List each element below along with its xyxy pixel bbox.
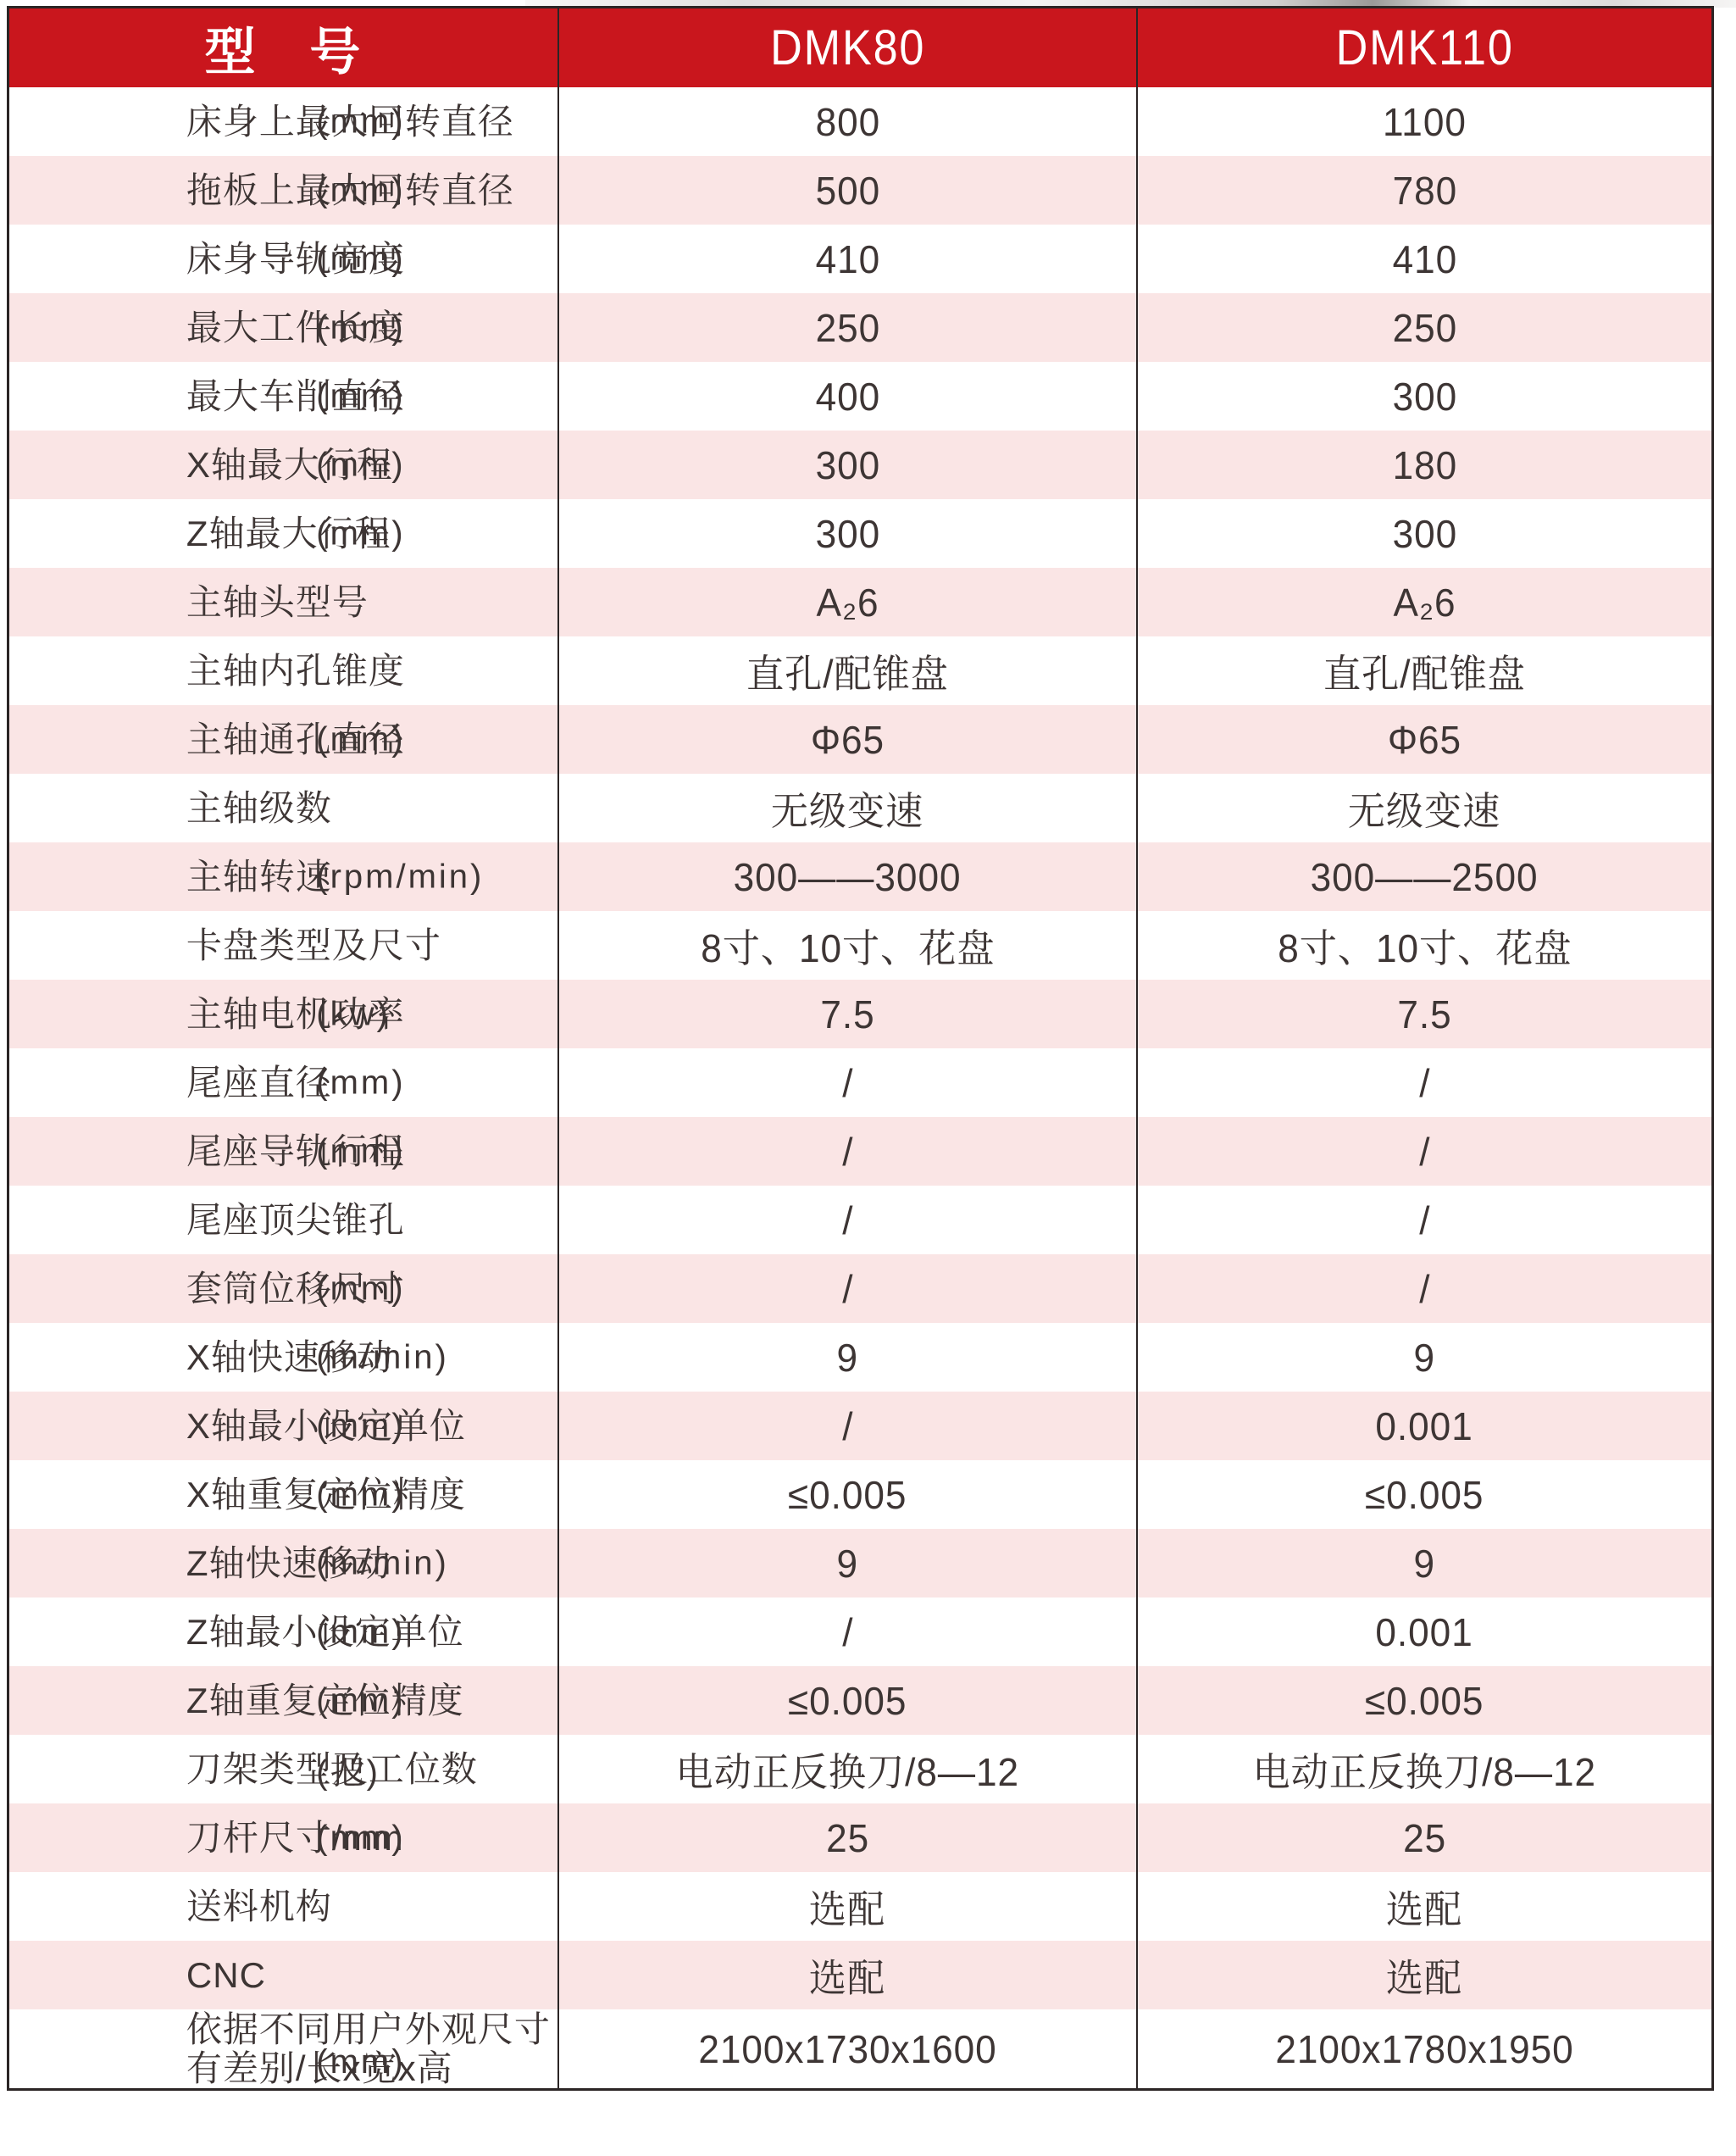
spec-unit: (mm)	[316, 1475, 405, 1514]
spec-unit: (mm)	[316, 1064, 405, 1102]
spec-unit: (mm)	[316, 720, 405, 758]
dmk80-value: 25	[826, 1815, 869, 1861]
spec-label-cell: CNC	[9, 1941, 557, 2009]
dmk80-value-cell: /	[557, 1186, 1136, 1254]
spec-label-cell: Z轴快速移动 (m/min)	[9, 1529, 557, 1598]
spec-label-cell: 床身上最大回转直径 (mm)	[9, 87, 557, 156]
dmk80-value-cell: ≤0.005	[557, 1666, 1136, 1735]
dmk110-value: 电动正反换刀/8—12	[1253, 1742, 1597, 1798]
dmk110-value-cell: 7.5	[1136, 980, 1711, 1048]
spec-unit: (m/min)	[316, 1338, 449, 1376]
dmk110-value-cell: ≤0.005	[1136, 1666, 1711, 1735]
dmk80-value-cell: 9	[557, 1323, 1136, 1392]
dmk110-value-cell: 8寸、10寸、花盘	[1136, 911, 1711, 980]
table-row: Z轴最小设定单位 (mm) / 0.001	[9, 1598, 1711, 1666]
table-row: Z轴快速移动 (m/min) 9 9	[9, 1529, 1711, 1598]
model-column-title: 型 号	[204, 12, 362, 85]
spec-unit: (mm)	[316, 377, 405, 415]
dmk80-value-cell: 25	[557, 1803, 1136, 1872]
dmk80-value: /	[842, 1266, 853, 1312]
spec-label: CNC	[186, 1956, 266, 1994]
spec-label: 主轴头型号	[186, 583, 369, 621]
spec-label: 送料机构	[186, 1887, 332, 1925]
dmk110-value-cell: 2100x1780x1950	[1136, 2009, 1711, 2088]
spec-unit: (把)	[316, 1745, 380, 1793]
dmk80-value: 410	[815, 236, 880, 282]
spec-label-cell: 尾座顶尖锥孔	[9, 1186, 557, 1254]
spec-unit: (mm)	[316, 446, 405, 484]
spec-unit: (mm)	[316, 514, 405, 553]
dmk80-value-cell: /	[557, 1117, 1136, 1186]
dmk110-value: /	[1419, 1129, 1430, 1175]
dmk110-value: 25	[1403, 1815, 1446, 1861]
dmk110-value-cell: 9	[1136, 1529, 1711, 1598]
dmk80-value: 300	[815, 511, 880, 557]
dmk80-value: /	[842, 1609, 853, 1655]
spec-label-cell: 尾座导轨行程 (mm)	[9, 1117, 557, 1186]
table-row: 卡盘类型及尺寸 8寸、10寸、花盘 8寸、10寸、花盘	[9, 911, 1711, 980]
dmk110-value: 250	[1392, 305, 1457, 351]
dmk80-value: 9	[837, 1335, 859, 1381]
spec-label-cell: 主轴头型号	[9, 568, 557, 636]
dmk110-value-cell: /	[1136, 1117, 1711, 1186]
spec-sheet-page: 型 号 DMK80 DMK110 床身上最大回转直径 (mm) 800 1100…	[0, 0, 1736, 2156]
dmk80-value: 500	[815, 168, 880, 214]
dmk110-value: 300	[1392, 511, 1457, 557]
spec-label-cell: 套筒位移尺寸 (mm)	[9, 1254, 557, 1323]
dmk110-value-cell: 无级变速	[1136, 774, 1711, 842]
spec-label-cell: 刀架类型及工位数 (把)	[9, 1735, 557, 1803]
dmk110-value: 180	[1392, 442, 1457, 488]
table-row: X轴最小设定单位 (mm) / 0.001	[9, 1392, 1711, 1460]
table-row: 主轴通孔直径 (mm) Φ65 Φ65	[9, 705, 1711, 774]
dmk80-value: 250	[815, 305, 880, 351]
dmk110-value-cell: /	[1136, 1186, 1711, 1254]
dmk110-value: ≤0.005	[1365, 1472, 1484, 1518]
dmk80-value-cell: 300	[557, 431, 1136, 499]
dmk110-value-cell: ≤0.005	[1136, 1460, 1711, 1529]
dmk80-value: ≤0.005	[788, 1678, 907, 1724]
dmk110-value-cell: 410	[1136, 225, 1711, 293]
spec-label-cell: X轴重复定位精度 (mm)	[9, 1460, 557, 1529]
spec-unit: (mm)	[316, 308, 405, 347]
spec-label-cell: 最大工件长度 (mm)	[9, 293, 557, 362]
dmk110-value: A₂6	[1393, 580, 1456, 625]
spec-unit: (m/min)	[316, 1544, 449, 1582]
spec-label-cell: 床身导轨宽度 (mm)	[9, 225, 557, 293]
spec-label-cell: 拖板上最大回转直径 (mm)	[9, 156, 557, 225]
table-row: X轴重复定位精度 (mm) ≤0.005 ≤0.005	[9, 1460, 1711, 1529]
dmk110-column-title: DMK110	[1335, 19, 1513, 76]
dmk80-value-cell: 800	[557, 87, 1136, 156]
dmk110-value-cell: 0.001	[1136, 1598, 1711, 1666]
spec-label: 尾座顶尖锥孔	[186, 1201, 405, 1239]
table-row: 主轴转速 (rpm/min) 300——3000 300——2500	[9, 842, 1711, 911]
dmk80-value-cell: /	[557, 1048, 1136, 1117]
dmk110-value-cell: Φ65	[1136, 705, 1711, 774]
spec-label-cell: 主轴电机功率 (kw)	[9, 980, 557, 1048]
table-row: Z轴重复定位精度 (mm) ≤0.005 ≤0.005	[9, 1666, 1711, 1735]
dmk80-value-cell: 7.5	[557, 980, 1136, 1048]
table-row: 床身导轨宽度 (mm) 410 410	[9, 225, 1711, 293]
dmk80-value: 300	[815, 442, 880, 488]
dmk80-value-cell: 250	[557, 293, 1136, 362]
dmk110-value: 300	[1392, 374, 1457, 420]
spec-unit: (mm)	[316, 1613, 405, 1651]
spec-unit: (mm)	[316, 240, 405, 278]
dmk110-value-cell: 780	[1136, 156, 1711, 225]
spec-unit: (rpm/min)	[316, 858, 484, 896]
dmk80-value: ≤0.005	[788, 1472, 907, 1518]
dmk80-value: 直孔/配锥盘	[746, 643, 949, 699]
spec-unit: (mm)	[316, 1819, 405, 1857]
spec-label-cell: 送料机构	[9, 1872, 557, 1941]
spec-label-cell: 依据不同用户外观尺寸 有差别/长x宽x高 (mm)	[9, 2009, 557, 2088]
dmk110-value-cell: 0.001	[1136, 1392, 1711, 1460]
dmk110-value: 7.5	[1397, 992, 1451, 1037]
dmk80-value: /	[842, 1197, 853, 1243]
dmk110-value-cell: 25	[1136, 1803, 1711, 1872]
spec-label: 卡盘类型及尺寸	[186, 926, 441, 964]
table-row: 主轴级数 无级变速 无级变速	[9, 774, 1711, 842]
spec-unit: (mm)	[316, 2043, 405, 2081]
table-row: 刀杆尺寸/mm (mm) 25 25	[9, 1803, 1711, 1872]
dmk110-value: /	[1419, 1060, 1430, 1106]
spec-label-cell: Z轴重复定位精度 (mm)	[9, 1666, 557, 1735]
spec-unit: (mm)	[316, 1270, 405, 1308]
dmk110-value-cell: 300	[1136, 362, 1711, 431]
spec-unit: (mm)	[316, 1681, 405, 1720]
table-header-row: 型 号 DMK80 DMK110	[9, 8, 1711, 87]
dmk80-value-cell: /	[557, 1598, 1136, 1666]
spec-label-cell: Z轴最小设定单位 (mm)	[9, 1598, 557, 1666]
table-row: X轴快速移动 (m/min) 9 9	[9, 1323, 1711, 1392]
dmk110-value-cell: 300	[1136, 499, 1711, 568]
dmk80-value-cell: 300	[557, 499, 1136, 568]
dmk80-value-cell: Φ65	[557, 705, 1136, 774]
header-cell-model: 型 号	[9, 8, 557, 87]
dmk80-value: 800	[815, 99, 880, 145]
dmk80-value: 选配	[809, 1879, 885, 1935]
dmk80-value-cell: 无级变速	[557, 774, 1136, 842]
dmk110-value-cell: 电动正反换刀/8—12	[1136, 1735, 1711, 1803]
dmk80-value-cell: 300——3000	[557, 842, 1136, 911]
table-row: Z轴最大行程 (mm) 300 300	[9, 499, 1711, 568]
dmk110-value: 选配	[1386, 1879, 1462, 1935]
dmk80-value-cell: /	[557, 1392, 1136, 1460]
dmk80-value-cell: 2100x1730x1600	[557, 2009, 1136, 2088]
dmk80-value: 400	[815, 374, 880, 420]
spec-unit: (mm)	[316, 103, 405, 141]
spec-label-cell: X轴快速移动 (m/min)	[9, 1323, 557, 1392]
spec-label: 主轴级数	[186, 789, 332, 827]
dmk80-column-title: DMK80	[770, 19, 925, 76]
dmk80-value: /	[842, 1403, 853, 1449]
spec-label-cell: X轴最大行程 (mm)	[9, 431, 557, 499]
dmk110-value-cell: 直孔/配锥盘	[1136, 636, 1711, 705]
dmk80-value: A₂6	[816, 580, 879, 625]
dmk110-value: ≤0.005	[1365, 1678, 1484, 1724]
dmk110-value-cell: 250	[1136, 293, 1711, 362]
spec-label-cell: X轴最小设定单位 (mm)	[9, 1392, 557, 1460]
header-cell-dmk80: DMK80	[557, 8, 1136, 87]
spec-unit: (mm)	[316, 1407, 405, 1445]
dmk110-value-cell: /	[1136, 1254, 1711, 1323]
spec-label-cell: Z轴最大行程 (mm)	[9, 499, 557, 568]
dmk110-value: 无级变速	[1348, 781, 1500, 836]
dmk80-value: /	[842, 1129, 853, 1175]
dmk80-value: 300——3000	[734, 854, 962, 900]
dmk80-value-cell: 400	[557, 362, 1136, 431]
dmk80-value: 2100x1730x1600	[698, 2026, 996, 2072]
spec-label-cell: 主轴转速 (rpm/min)	[9, 842, 557, 911]
dmk80-value-cell: 选配	[557, 1941, 1136, 2009]
dmk110-value-cell: A₂6	[1136, 568, 1711, 636]
dmk110-value-cell: 300——2500	[1136, 842, 1711, 911]
table-row: 尾座导轨行程 (mm) / /	[9, 1117, 1711, 1186]
spec-label-cell: 主轴通孔直径 (mm)	[9, 705, 557, 774]
dmk110-value: /	[1419, 1197, 1430, 1243]
dmk110-value-cell: /	[1136, 1048, 1711, 1117]
header-cell-dmk110: DMK110	[1136, 8, 1711, 87]
dmk110-value-cell: 选配	[1136, 1941, 1711, 2009]
table-row: 尾座直径 (mm) / /	[9, 1048, 1711, 1117]
spec-label-cell: 卡盘类型及尺寸	[9, 911, 557, 980]
table-row: 最大车削直径 (mm) 400 300	[9, 362, 1711, 431]
table-row: 主轴内孔锥度 直孔/配锥盘 直孔/配锥盘	[9, 636, 1711, 705]
dmk80-value: 9	[837, 1541, 859, 1586]
dmk80-value-cell: A₂6	[557, 568, 1136, 636]
dmk110-value: /	[1419, 1266, 1430, 1312]
dmk110-value: 0.001	[1376, 1403, 1473, 1449]
spec-unit: (mm)	[316, 171, 405, 209]
dmk110-value: 9	[1414, 1541, 1436, 1586]
dmk110-value: 0.001	[1376, 1609, 1473, 1655]
spec-label-cell: 尾座直径 (mm)	[9, 1048, 557, 1117]
table-row: 依据不同用户外观尺寸 有差别/长x宽x高 (mm) 2100x1730x1600…	[9, 2009, 1711, 2088]
dmk80-value-cell: ≤0.005	[557, 1460, 1136, 1529]
dmk80-value: 7.5	[820, 992, 874, 1037]
dmk80-value-cell: /	[557, 1254, 1136, 1323]
dmk110-value-cell: 1100	[1136, 87, 1711, 156]
table-row: X轴最大行程 (mm) 300 180	[9, 431, 1711, 499]
dmk80-value-cell: 电动正反换刀/8—12	[557, 1735, 1136, 1803]
dmk110-value: 2100x1780x1950	[1275, 2026, 1573, 2072]
dmk110-value: 直孔/配锥盘	[1323, 643, 1526, 699]
table-row: CNC 选配 选配	[9, 1941, 1711, 2009]
dmk80-value: 无级变速	[771, 781, 923, 836]
spec-label: 尾座直径	[186, 1064, 332, 1102]
spec-label-cell: 最大车削直径 (mm)	[9, 362, 557, 431]
table-row: 床身上最大回转直径 (mm) 800 1100	[9, 87, 1711, 156]
dmk110-value-cell: 180	[1136, 431, 1711, 499]
spec-label-cell: 主轴内孔锥度	[9, 636, 557, 705]
dmk80-value: 选配	[809, 1948, 885, 2003]
dmk110-value: 9	[1414, 1335, 1436, 1381]
table-row: 送料机构 选配 选配	[9, 1872, 1711, 1941]
dmk80-value-cell: 选配	[557, 1872, 1136, 1941]
table-row: 拖板上最大回转直径 (mm) 500 780	[9, 156, 1711, 225]
spec-label: 主轴转速	[186, 858, 332, 896]
table-row: 尾座顶尖锥孔 / /	[9, 1186, 1711, 1254]
dmk80-value-cell: 8寸、10寸、花盘	[557, 911, 1136, 980]
dmk80-value-cell: 500	[557, 156, 1136, 225]
dmk110-value: Φ65	[1388, 717, 1461, 763]
table-row: 套筒位移尺寸 (mm) / /	[9, 1254, 1711, 1323]
dmk80-value-cell: 直孔/配锥盘	[557, 636, 1136, 705]
spec-unit: (mm)	[316, 1132, 405, 1170]
dmk80-value-cell: 9	[557, 1529, 1136, 1598]
table-row: 主轴电机功率 (kw) 7.5 7.5	[9, 980, 1711, 1048]
dmk110-value: 780	[1392, 168, 1457, 214]
spec-label-cell: 主轴级数	[9, 774, 557, 842]
spec-label: 主轴内孔锥度	[186, 652, 405, 690]
dmk110-value: 8寸、10寸、花盘	[1278, 918, 1572, 974]
dmk110-value-cell: 9	[1136, 1323, 1711, 1392]
dmk80-value: /	[842, 1060, 853, 1106]
dmk80-value-cell: 410	[557, 225, 1136, 293]
dmk110-value-cell: 选配	[1136, 1872, 1711, 1941]
spec-label-cell: 刀杆尺寸/mm (mm)	[9, 1803, 557, 1872]
table-row: 主轴头型号 A₂6 A₂6	[9, 568, 1711, 636]
dmk110-value: 300——2500	[1311, 854, 1539, 900]
machine-spec-table: 型 号 DMK80 DMK110 床身上最大回转直径 (mm) 800 1100…	[7, 6, 1714, 2091]
dmk110-value: 选配	[1386, 1948, 1462, 2003]
dmk80-value: 电动正反换刀/8—12	[676, 1742, 1020, 1798]
dmk110-value: 1100	[1383, 99, 1467, 145]
dmk80-value: Φ65	[811, 717, 885, 763]
dmk80-value: 8寸、10寸、花盘	[701, 918, 995, 974]
dmk110-value: 410	[1392, 236, 1457, 282]
table-row: 刀架类型及工位数 (把) 电动正反换刀/8—12 电动正反换刀/8—12	[9, 1735, 1711, 1803]
table-row: 最大工件长度 (mm) 250 250	[9, 293, 1711, 362]
spec-unit: (kw)	[316, 995, 391, 1033]
